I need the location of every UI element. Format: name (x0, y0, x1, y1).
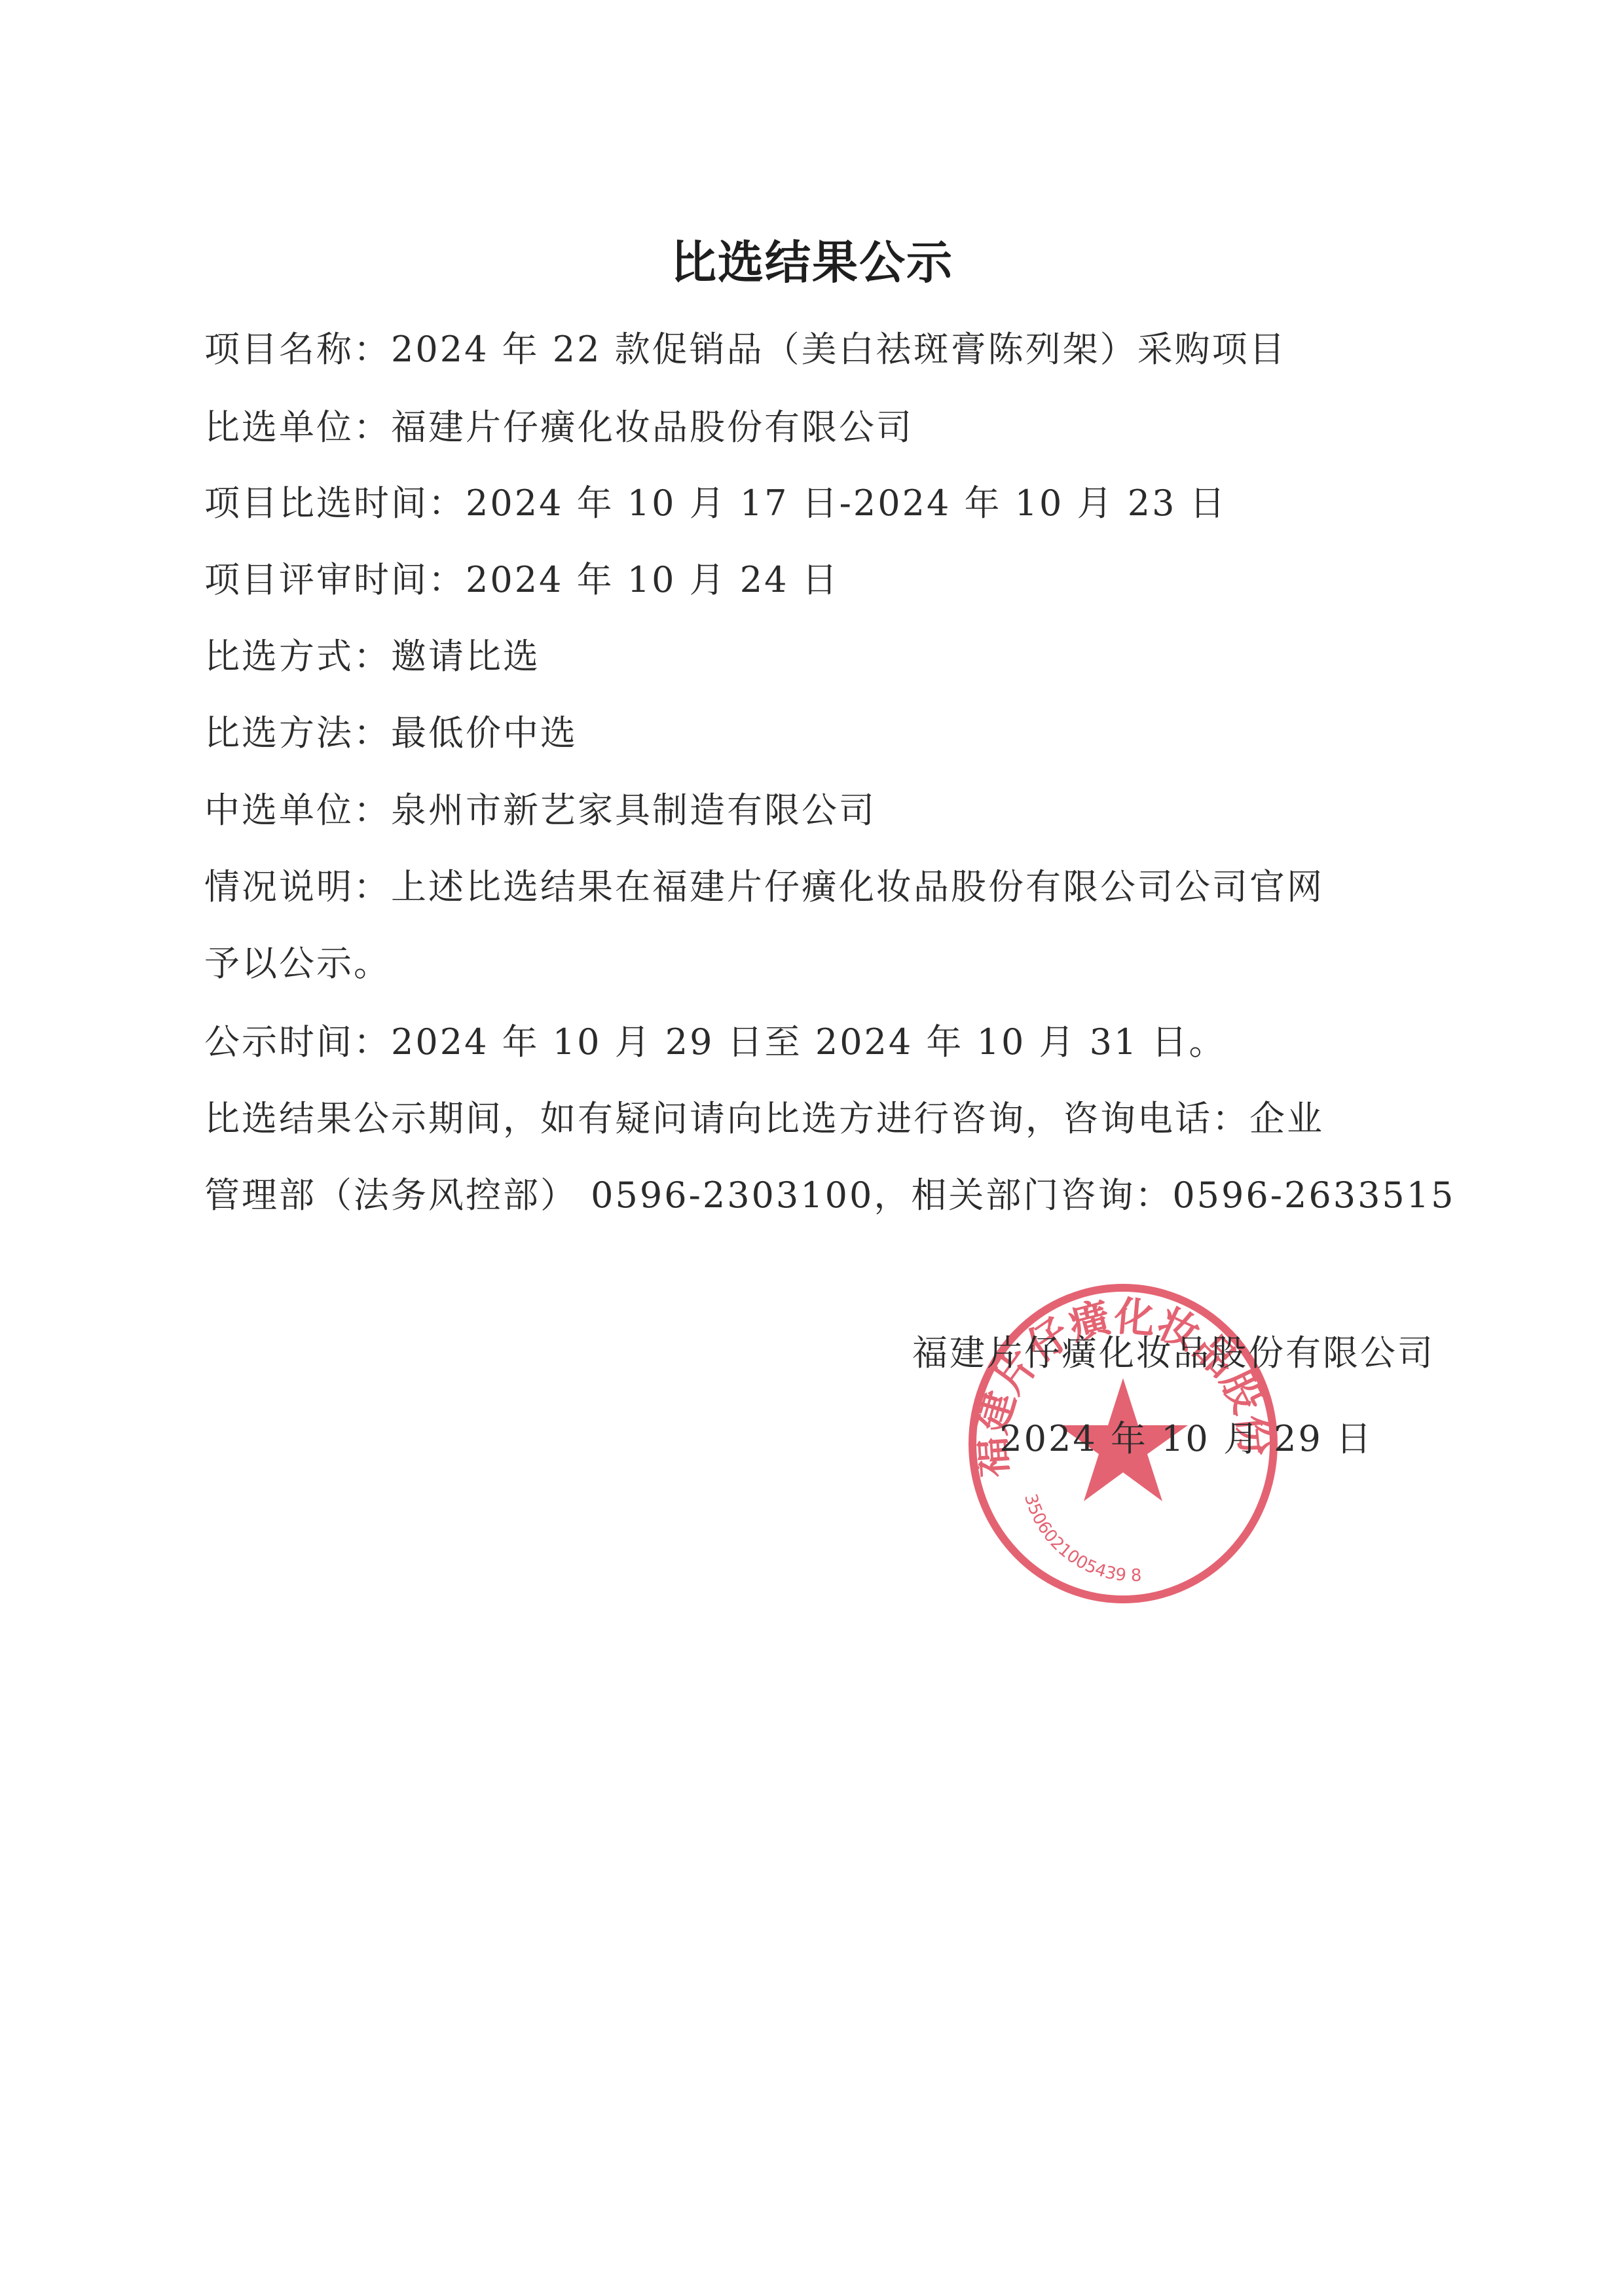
field-label: 中选单位： (204, 790, 391, 831)
field-label: 比选方法： (204, 712, 391, 754)
field-label: 比选单位： (204, 407, 391, 448)
field-label: 比选方式： (204, 636, 391, 677)
field-description: 情况说明：上述比选结果在福建片仔癀化妆品股份有限公司公司官网 (204, 864, 1324, 910)
field-value: 福建片仔癀化妆品股份有限公司 (391, 407, 913, 448)
contact-line-2: 管理部（法务风控部） 0596-2303100，相关部门咨询：0596-2633… (204, 1173, 1456, 1218)
field-selection-mode: 比选方式：邀请比选 (204, 634, 540, 680)
field-label: 公示时间： (204, 1021, 391, 1063)
field-value: 2024 年 10 月 17 日-2024 年 10 月 23 日 (466, 483, 1227, 524)
field-project-name: 项目名称：2024 年 22 款促销品（美白祛斑膏陈列架）采购项目 (204, 327, 1287, 373)
field-label: 项目比选时间： (204, 483, 466, 524)
field-value: 泉州市新艺家具制造有限公司 (391, 790, 876, 831)
field-selecting-unit: 比选单位：福建片仔癀化妆品股份有限公司 (204, 405, 913, 450)
field-selection-period: 项目比选时间：2024 年 10 月 17 日-2024 年 10 月 23 日 (204, 481, 1227, 526)
signature-date: 2024 年 10 月 29 日 (999, 1416, 1373, 1462)
field-publicity-period: 公示时间：2024 年 10 月 29 日至 2024 年 10 月 31 日。 (204, 1019, 1227, 1065)
field-label: 情况说明： (204, 866, 391, 907)
field-winning-unit: 中选单位：泉州市新艺家具制造有限公司 (204, 788, 876, 833)
signature-company: 福建片仔癀化妆品股份有限公司 (912, 1330, 1435, 1376)
field-value: 2024 年 22 款促销品（美白祛斑膏陈列架）采购项目 (391, 329, 1287, 370)
contact-line-1: 比选结果公示期间，如有疑问请向比选方进行咨询，咨询电话：企业 (204, 1096, 1324, 1142)
field-value: 予以公示。 (204, 943, 391, 984)
field-value: 上述比选结果在福建片仔癀化妆品股份有限公司公司官网 (391, 866, 1324, 907)
field-value: 2024 年 10 月 24 日 (466, 559, 840, 600)
field-selection-method: 比选方法：最低价中选 (204, 710, 578, 756)
field-description-cont: 予以公示。 (204, 941, 391, 987)
document-title: 比选结果公示 (0, 226, 1624, 292)
field-value: 最低价中选 (391, 712, 578, 754)
field-value: 2024 年 10 月 29 日至 2024 年 10 月 31 日。 (391, 1021, 1227, 1063)
field-value: 邀请比选 (391, 636, 540, 677)
field-label: 项目评审时间： (204, 559, 466, 600)
field-review-date: 项目评审时间：2024 年 10 月 24 日 (204, 557, 840, 603)
field-label: 项目名称： (204, 329, 391, 370)
